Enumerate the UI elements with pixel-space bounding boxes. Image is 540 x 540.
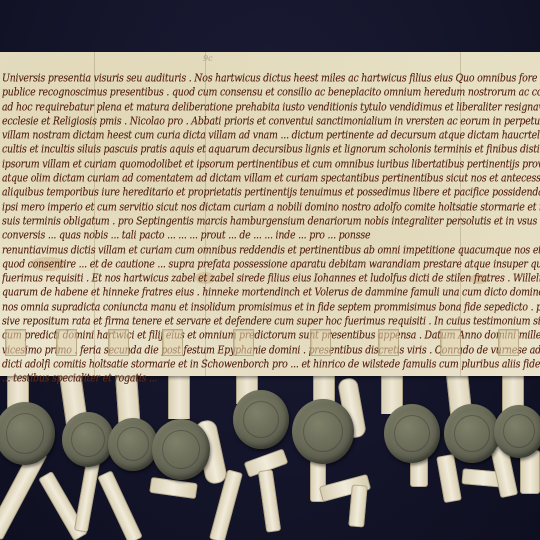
wax-seal [152, 419, 210, 480]
charter-line: ... testibus specialiter et rogatis ... [2, 371, 540, 387]
parchment-charter: 9c Universis presentia visuris seu audit… [0, 52, 540, 376]
wax-seal [233, 390, 289, 449]
seal-slit [310, 329, 331, 356]
seal-slit [498, 329, 519, 356]
seal-slit [56, 329, 77, 356]
wax-seal [494, 405, 540, 458]
wax-seal [108, 418, 158, 471]
wax-seal [444, 404, 500, 463]
wax-seal [292, 399, 354, 464]
wax-seal [384, 404, 440, 463]
wax-seal [62, 412, 114, 467]
seal-slit [5, 329, 26, 356]
folio-mark: 9c [203, 54, 213, 63]
seal-slit [378, 329, 399, 356]
seal-slit [108, 329, 129, 356]
seal-slit [440, 329, 461, 356]
seal-slit [162, 329, 183, 356]
seal-slit [233, 329, 254, 356]
